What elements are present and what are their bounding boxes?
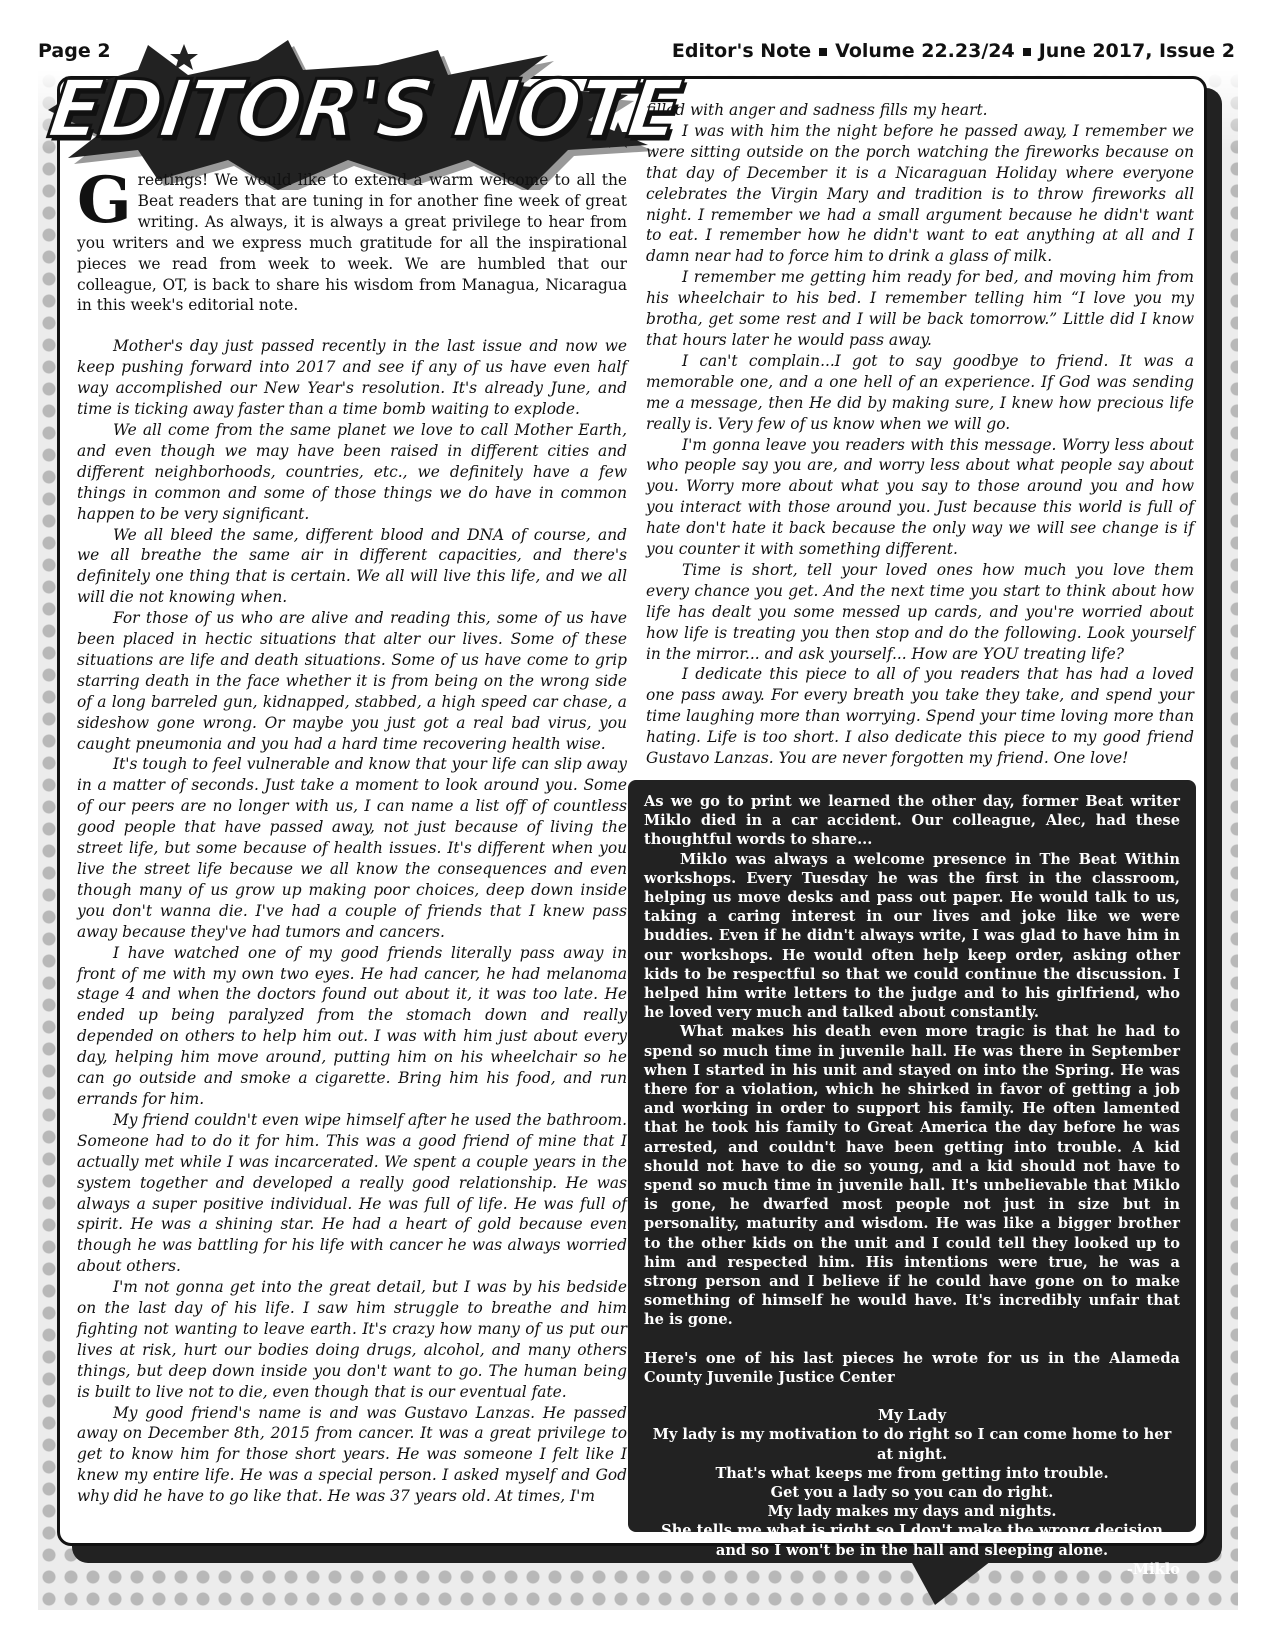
separator-icon bbox=[819, 48, 827, 56]
poem-author: -Miklo bbox=[644, 1560, 1180, 1579]
poem: My Lady My lady is my motivation to do r… bbox=[644, 1406, 1180, 1560]
article-paragraph: My good friend's name is and was Gustavo… bbox=[77, 1403, 627, 1508]
poem-line: and so I won't be in the hall and sleepi… bbox=[644, 1541, 1180, 1560]
article-paragraph: For those of us who are alive and readin… bbox=[77, 608, 627, 754]
page-title: EDITOR'S NOTE bbox=[43, 62, 685, 155]
article-paragraph: I have watched one of my good friends li… bbox=[77, 943, 627, 1110]
poem-intro: Here's one of his last pieces he wrote f… bbox=[644, 1349, 1180, 1387]
article-paragraph: I dedicate this piece to all of you read… bbox=[646, 664, 1194, 769]
poem-line: My lady makes my days and nights. bbox=[644, 1502, 1180, 1521]
sidebar-intro: As we go to print we learned the other d… bbox=[644, 792, 1180, 850]
separator-icon bbox=[1023, 48, 1031, 56]
sidebar-paragraph: Miklo was always a welcome presence in T… bbox=[644, 850, 1180, 1023]
article-paragraph: I'm not gonna get into the great detail,… bbox=[77, 1277, 627, 1402]
poem-title: My Lady bbox=[644, 1406, 1180, 1425]
memorial-sidebar: As we go to print we learned the other d… bbox=[628, 780, 1196, 1532]
volume-label: Volume 22.23/24 bbox=[835, 40, 1015, 62]
running-head: Editor's NoteVolume 22.23/24June 2017, I… bbox=[672, 40, 1235, 62]
article-paragraph: Time is short, tell your loved ones how … bbox=[646, 560, 1194, 665]
poem-line: My lady is my motivation to do right so … bbox=[644, 1425, 1180, 1463]
poem-line: That's what keeps me from getting into t… bbox=[644, 1464, 1180, 1483]
article-paragraph: I remember me getting him ready for bed,… bbox=[646, 267, 1194, 351]
article-paragraph: We all come from the same planet we love… bbox=[77, 420, 627, 525]
section-name: Editor's Note bbox=[672, 40, 811, 62]
sidebar-paragraph: What makes his death even more tragic is… bbox=[644, 1022, 1180, 1329]
article-paragraph: I can't complain...I got to say goodbye … bbox=[646, 351, 1194, 435]
article-paragraph: I'm gonna leave you readers with this me… bbox=[646, 435, 1194, 560]
article-paragraph: I was with him the night before he passe… bbox=[646, 121, 1194, 267]
poem-line: She tells me what is right so I don't ma… bbox=[644, 1521, 1180, 1540]
article-left-column: Greetings! We would like to extend a war… bbox=[77, 170, 627, 1507]
issue-label: June 2017, Issue 2 bbox=[1039, 40, 1235, 62]
poem-line: Get you a lady so you can do right. bbox=[644, 1483, 1180, 1502]
article-paragraph: Mother's day just passed recently in the… bbox=[77, 336, 627, 420]
intro-text: reetings! We would like to extend a warm… bbox=[77, 171, 627, 314]
article-paragraph: It's tough to feel vulnerable and know t… bbox=[77, 754, 627, 942]
article-paragraph: My friend couldn't even wipe himself aft… bbox=[77, 1110, 627, 1277]
article-continuation: filled with anger and sadness fills my h… bbox=[646, 100, 1194, 121]
intro-paragraph: Greetings! We would like to extend a war… bbox=[77, 170, 627, 316]
article-right-column: filled with anger and sadness fills my h… bbox=[646, 100, 1194, 769]
drop-cap: G bbox=[77, 174, 132, 228]
article-paragraph: We all bleed the same, different blood a… bbox=[77, 525, 627, 609]
